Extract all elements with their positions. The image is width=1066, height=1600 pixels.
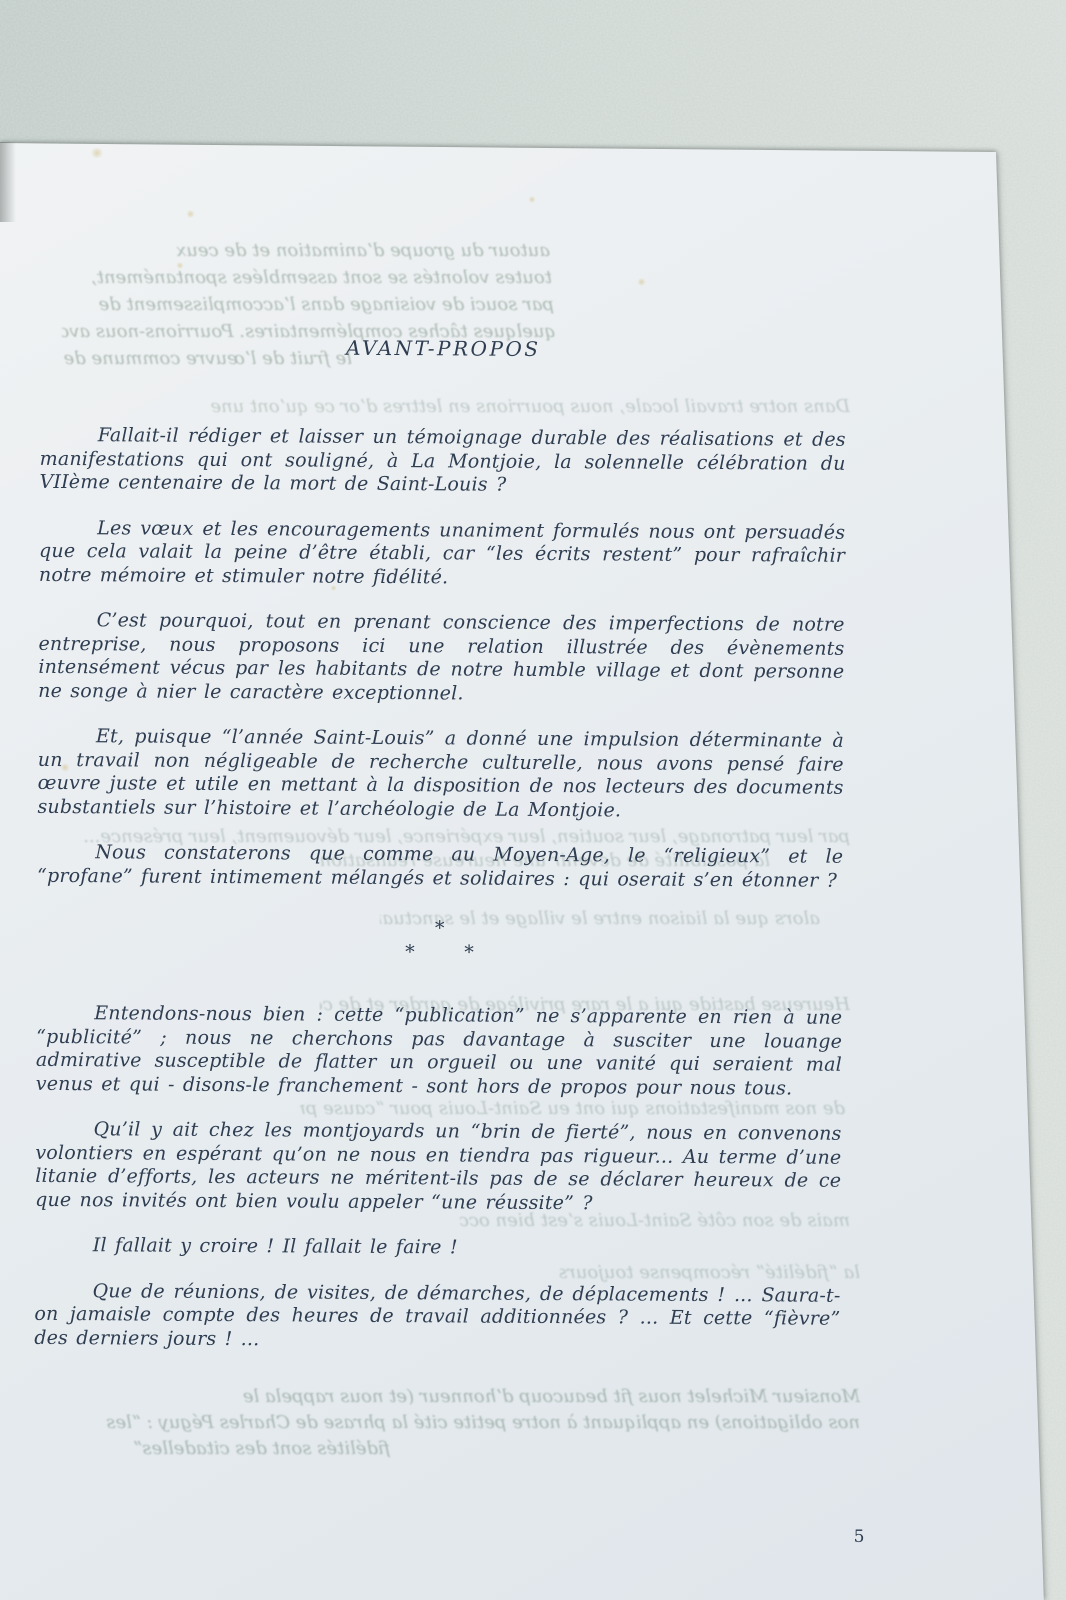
paragraph: Nous constaterons que comme au Moyen-Age… (37, 841, 843, 893)
paragraph: Que de réunions, de visites, de démarche… (34, 1279, 840, 1354)
page-shadow-wrap: autour du groupe d’animation et de ceux … (0, 0, 1066, 1600)
paragraph: Qu’il y ait chez les montjoyards un “bri… (35, 1118, 842, 1217)
paragraph: Les vœux et les encouragements unaniment… (39, 516, 845, 591)
paragraph: C’est pourquoi, tout en prenant conscien… (38, 609, 845, 708)
body-text: Fallait-il rédiger et laisser un témoign… (34, 424, 846, 1377)
paragraph: Entendons-nous bien : cette “publication… (36, 1002, 843, 1101)
book-page: autour du groupe d’animation et de ceux … (0, 0, 1066, 1600)
asterisk-row: * * (37, 938, 843, 967)
paragraph: Fallait-il rédiger et laisser un témoign… (39, 424, 845, 499)
photographed-book-page: autour du groupe d’animation et de ceux … (0, 0, 1066, 1600)
page-content: AVANT-PROPOS Fallait-il rédiger et laiss… (0, 0, 1066, 1600)
page-edge-shadow (0, 142, 16, 222)
paragraph: Il fallait y croire ! Il fallait le fair… (35, 1234, 841, 1262)
page-number: 5 (819, 1527, 899, 1547)
asterisk-separator: * * * (37, 914, 843, 967)
paragraph: Et, puisque “l’année Saint-Louis” a donn… (37, 725, 844, 824)
page-title: AVANT-PROPOS (40, 334, 846, 363)
